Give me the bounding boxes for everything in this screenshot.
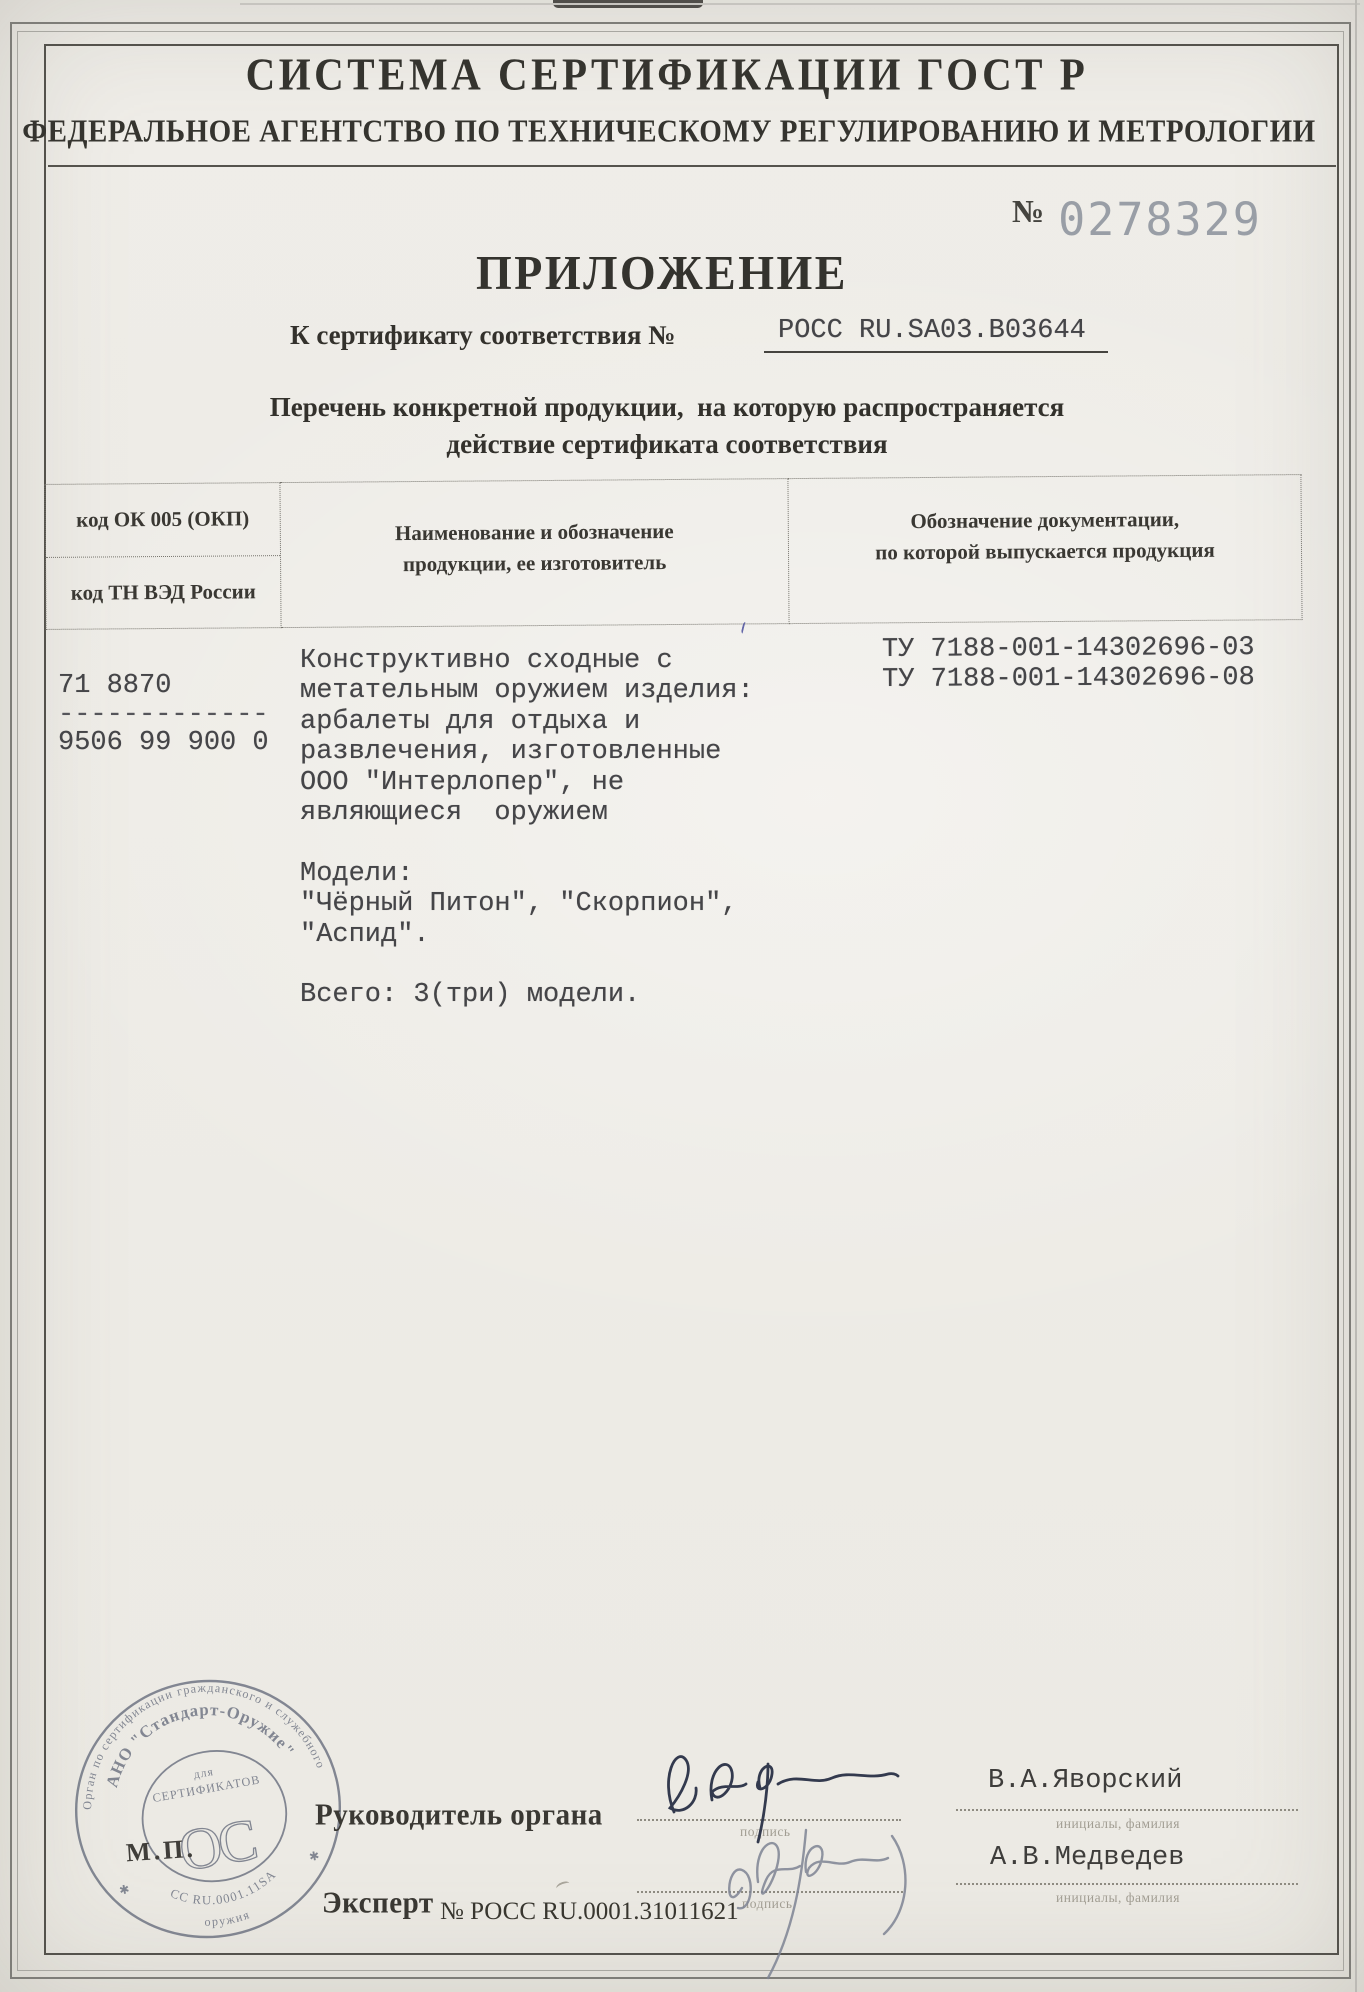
okp-code-value: 71 8870 <box>58 671 171 701</box>
expert-registry-number: № РОСС RU.0001.31011621 <box>440 1898 739 1926</box>
head-name-line <box>956 1809 1298 1811</box>
svg-text:оружия: оружия <box>202 1907 252 1931</box>
expert-label: Эксперт <box>322 1886 434 1921</box>
serial-digits: 0278329 <box>1058 193 1262 246</box>
subtitle-line2: действие сертификата соответствия <box>0 429 1334 460</box>
certificate-number: РОСС RU.SA03.B03644 <box>778 316 1086 346</box>
okp-code-header: код ОК 005 (ОКП) <box>45 483 280 556</box>
certificate-number-underline <box>764 351 1108 353</box>
certificate-reference-label: К сертификату соответствия № <box>290 320 675 351</box>
expert-name-line <box>956 1883 1298 1885</box>
tnved-code-value: 9506 99 900 0 <box>58 728 269 758</box>
products-table-header: код ОК 005 (ОКП) код ТН ВЭД России Наиме… <box>44 474 1302 630</box>
subtitle-line1: Перечень конкретной продукции, на котору… <box>0 392 1334 423</box>
expert-name: А.В.Медведев <box>990 1843 1184 1873</box>
documentation-references: ТУ 7188-001-14302696-03 ТУ 7188-001-1430… <box>882 633 1255 696</box>
scan-edge-line <box>1355 0 1357 1992</box>
agency-title: ФЕДЕРАЛЬНОЕ АГЕНТСТВО ПО ТЕХНИЧЕСКОМУ РЕ… <box>0 115 1338 151</box>
certificate-annex-page: СИСТЕМА СЕРТИФИКАЦИИ ГОСТ Р ФЕДЕРАЛЬНОЕ … <box>0 0 1364 1992</box>
seal-place-mark: М.П. <box>125 1834 197 1869</box>
stamp-separator-right: ✱ <box>308 1848 320 1864</box>
code-divider-dashes: ------------- <box>58 700 269 730</box>
head-name: В.А.Яворский <box>988 1766 1182 1796</box>
form-serial-number: №0278329 <box>1012 193 1262 246</box>
column-documentation-header: Обозначение документации, по которой вып… <box>788 474 1302 624</box>
head-of-body-label: Руководитель органа <box>315 1798 603 1833</box>
tnved-code-header: код ТН ВЭД России <box>46 555 281 629</box>
header-divider <box>48 165 1336 167</box>
numero-sign: № <box>1012 193 1044 229</box>
column-codes: код ОК 005 (ОКП) код ТН ВЭД России <box>44 482 281 630</box>
scan-artifact-line <box>240 3 1360 5</box>
expert-name-caption: инициалы, фамилия <box>1056 1890 1180 1906</box>
head-name-caption: инициалы, фамилия <box>1056 1816 1180 1832</box>
document-title: ПРИЛОЖЕНИЕ <box>0 245 1324 301</box>
certification-system-title: СИСТЕМА СЕРТИФИКАЦИИ ГОСТ Р <box>0 48 1334 101</box>
stamp-separator-left: ✱ <box>118 1882 130 1898</box>
expert-signature <box>712 1826 922 1986</box>
column-product-name-header: Наименование и обозначение продукции, ее… <box>280 478 789 628</box>
stamp-outer-bottom-text: оружия <box>202 1907 252 1931</box>
stamp-center-line1: для <box>193 1765 215 1781</box>
product-description: Конструктивно сходные с метательным оруж… <box>300 646 754 1011</box>
